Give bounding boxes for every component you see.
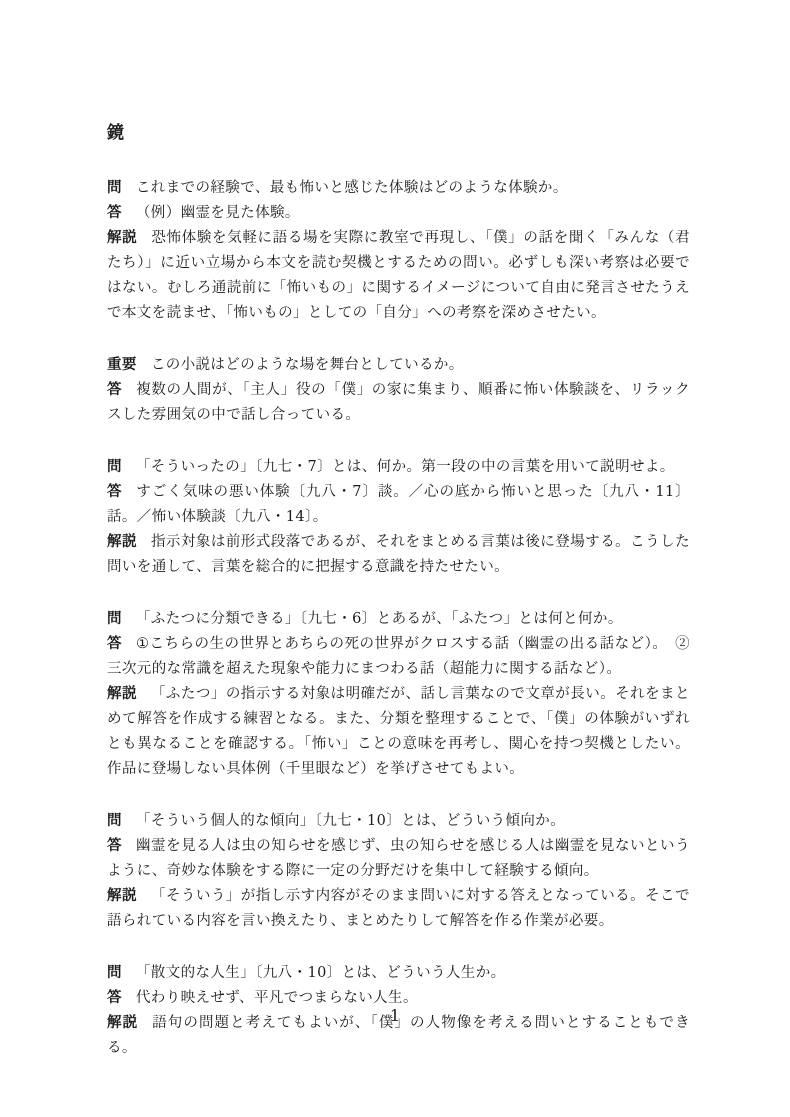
qa-paragraph: 問「そういう個人的な傾向」〔九七・10〕とは、どういう傾向か。 <box>107 809 690 834</box>
qa-block: 問「そういったの」〔九七・7〕とは、何か。第一段の中の言葉を用いて説明せよ。答す… <box>107 455 690 580</box>
qa-label: 問 <box>107 813 122 829</box>
qa-text: 複数の人間が、「主人」役の「僕」の家に集まり、順番に怖い体験談を、リラックスした… <box>107 382 690 423</box>
qa-text: 「ふたつ」の指示する対象は明確だが、話し言葉なので文章が長い。それをまとめて解答… <box>107 686 690 777</box>
qa-label: 問 <box>107 459 122 475</box>
qa-text: これまでの経験で、最も怖いと感じた体験はどのような体験か。 <box>136 180 568 196</box>
qa-label: 問 <box>107 611 122 627</box>
qa-paragraph: 答幽霊を見る人は虫の知らせを感じず、虫の知らせを感じる人は幽霊を見ないというよう… <box>107 834 690 884</box>
qa-label: 解説 <box>107 686 137 702</box>
qa-text: 「そういったの」〔九七・7〕とは、何か。第一段の中の言葉を用いて説明せよ。 <box>136 459 675 475</box>
document-page: 鏡 問これまでの経験で、最も怖いと感じた体験はどのような体験か。答（例）幽霊を見… <box>0 0 790 1117</box>
qa-label: 答 <box>107 205 122 221</box>
qa-text: ①こちらの生の世界とあちらの死の世界がクロスする話（幽霊の出る話など）。 ②三次… <box>107 636 690 677</box>
qa-label: 解説 <box>107 230 137 246</box>
qa-paragraph: 問「ふたつに分類できる」〔九七・6〕とあるが、「ふたつ」とは何と何か。 <box>107 607 690 632</box>
qa-text: （例）幽霊を見た体験。 <box>136 205 300 221</box>
qa-label: 問 <box>107 965 122 981</box>
qa-text: すごく気味の悪い体験〔九八・7〕談。／心の底から怖いと思った〔九八・11〕話。／… <box>107 484 690 525</box>
qa-text: この小説はどのような場を舞台としているか。 <box>151 357 464 373</box>
qa-paragraph: 問「散文的な人生」〔九八・10〕とは、どういう人生か。 <box>107 961 690 986</box>
qa-label: 問 <box>107 180 122 196</box>
qa-paragraph: 重要この小説はどのような場を舞台としているか。 <box>107 353 690 378</box>
qa-block: 問「ふたつに分類できる」〔九七・6〕とあるが、「ふたつ」とは何と何か。答①こちら… <box>107 607 690 782</box>
page-number: 1 <box>0 1003 790 1028</box>
qa-text: 「そういう個人的な傾向」〔九七・10〕とは、どういう傾向か。 <box>136 813 565 829</box>
qa-text: 恐怖体験を気軽に語る場を実際に教室で再現し、「僕」の話を聞く「みんな（君たち）」… <box>107 230 690 321</box>
qa-text: 幽霊を見る人は虫の知らせを感じず、虫の知らせを感じる人は幽霊を見ないというように… <box>107 838 690 879</box>
qa-text: 指示対象は前形式段落であるが、それをまとめる言葉は後に登場する。こうした問いを通… <box>107 534 690 575</box>
qa-label: 答 <box>107 484 122 500</box>
qa-block: 重要この小説はどのような場を舞台としているか。答複数の人間が、「主人」役の「僕」… <box>107 353 690 428</box>
qa-label: 答 <box>107 636 122 652</box>
qa-label: 解説 <box>107 888 137 904</box>
document-content: 鏡 問これまでの経験で、最も怖いと感じた体験はどのような体験か。答（例）幽霊を見… <box>0 0 790 1061</box>
document-title: 鏡 <box>107 121 690 146</box>
qa-block: 問「そういう個人的な傾向」〔九七・10〕とは、どういう傾向か。答幽霊を見る人は虫… <box>107 809 690 934</box>
qa-paragraph: 答すごく気味の悪い体験〔九八・7〕談。／心の底から怖いと思った〔九八・11〕話。… <box>107 480 690 530</box>
qa-label: 答 <box>107 382 122 398</box>
qa-label: 答 <box>107 838 122 854</box>
qa-paragraph: 答（例）幽霊を見た体験。 <box>107 201 690 226</box>
qa-label: 重要 <box>107 357 137 373</box>
qa-paragraph: 解説「ふたつ」の指示する対象は明確だが、話し言葉なので文章が長い。それをまとめて… <box>107 682 690 782</box>
qa-paragraph: 答複数の人間が、「主人」役の「僕」の家に集まり、順番に怖い体験談を、リラックスし… <box>107 378 690 428</box>
qa-text: 「そういう」が指し示す内容がそのまま問いに対する答えとなっている。そこで語られて… <box>107 888 690 929</box>
qa-label: 解説 <box>107 534 137 550</box>
qa-text: 「ふたつに分類できる」〔九七・6〕とあるが、「ふたつ」とは何と何か。 <box>136 611 623 627</box>
qa-paragraph: 解説恐怖体験を気軽に語る場を実際に教室で再現し、「僕」の話を聞く「みんな（君たち… <box>107 226 690 326</box>
qa-paragraph: 答①こちらの生の世界とあちらの死の世界がクロスする話（幽霊の出る話など）。 ②三… <box>107 632 690 682</box>
qa-paragraph: 問「そういったの」〔九七・7〕とは、何か。第一段の中の言葉を用いて説明せよ。 <box>107 455 690 480</box>
qa-paragraph: 解説「そういう」が指し示す内容がそのまま問いに対する答えとなっている。そこで語ら… <box>107 884 690 934</box>
qa-paragraph: 問これまでの経験で、最も怖いと感じた体験はどのような体験か。 <box>107 176 690 201</box>
qa-block: 問これまでの経験で、最も怖いと感じた体験はどのような体験か。答（例）幽霊を見た体… <box>107 176 690 326</box>
qa-text: 「散文的な人生」〔九八・10〕とは、どういう人生か。 <box>136 965 506 981</box>
qa-blocks: 問これまでの経験で、最も怖いと感じた体験はどのような体験か。答（例）幽霊を見た体… <box>107 176 690 1061</box>
qa-paragraph: 解説指示対象は前形式段落であるが、それをまとめる言葉は後に登場する。こうした問い… <box>107 530 690 580</box>
